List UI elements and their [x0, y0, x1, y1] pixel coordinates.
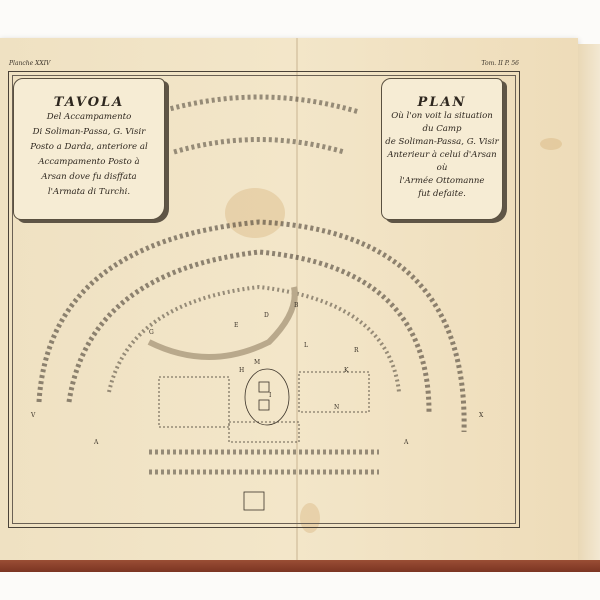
svg-text:K: K: [344, 367, 349, 374]
foxing-stain: [540, 138, 562, 150]
cartouche-line: du Camp: [382, 123, 502, 136]
svg-text:A: A: [93, 439, 99, 446]
cartouche-line: Accampamento Posto à: [14, 155, 164, 170]
svg-text:X: X: [479, 412, 484, 419]
svg-text:M: M: [254, 359, 260, 366]
leather-binding: [0, 560, 600, 572]
svg-text:G: G: [149, 329, 154, 336]
book-page: Planche XXIV Tom. II P. 56: [0, 38, 578, 563]
svg-text:R: R: [354, 347, 359, 354]
cartouche-line: de Soliman-Passa, G. Visir: [382, 136, 502, 149]
svg-text:D: D: [264, 312, 269, 319]
cartouche-line: Arsan dove fu disffata: [14, 170, 164, 185]
cartouche-line: fut defaite.: [382, 188, 502, 201]
svg-text:V: V: [30, 412, 36, 419]
cartouche-line: l'Armata di Turchi.: [14, 185, 164, 200]
plate-number-left: Planche XXIV: [9, 60, 50, 67]
cartouche-line: Di Soliman-Passa, G. Visir: [14, 125, 164, 140]
cartouche-line: Posto a Darda, anteriore al: [14, 140, 164, 155]
svg-text:H: H: [239, 367, 244, 374]
open-book: Planche XXIV Tom. II P. 56: [0, 38, 600, 563]
svg-text:E: E: [234, 322, 238, 329]
svg-text:L: L: [304, 342, 308, 349]
engraved-plate: Planche XXIV Tom. II P. 56: [8, 71, 520, 528]
cartouche-line: l'Armée Ottomanne: [382, 175, 502, 188]
cartouche-line: Anterieur à celui d'Arsan: [382, 149, 502, 162]
svg-text:I: I: [269, 392, 272, 399]
cartouche-line: où: [382, 162, 502, 175]
french-title-cartouche: PLAN Où l'on voit la situation du Camp d…: [381, 78, 503, 220]
page-edge: [578, 44, 600, 563]
svg-text:A: A: [403, 439, 409, 446]
french-title: PLAN: [382, 95, 502, 110]
svg-text:N: N: [334, 404, 339, 411]
cartouche-line: Del Accampamento: [14, 110, 164, 125]
italian-title: TAVOLA: [14, 95, 164, 110]
plate-number-right: Tom. II P. 56: [481, 60, 519, 67]
svg-text:B: B: [294, 302, 299, 309]
cartouche-line: Où l'on voit la situation: [382, 110, 502, 123]
italian-title-cartouche: TAVOLA Del Accampamento Di Soliman-Passa…: [13, 78, 165, 220]
